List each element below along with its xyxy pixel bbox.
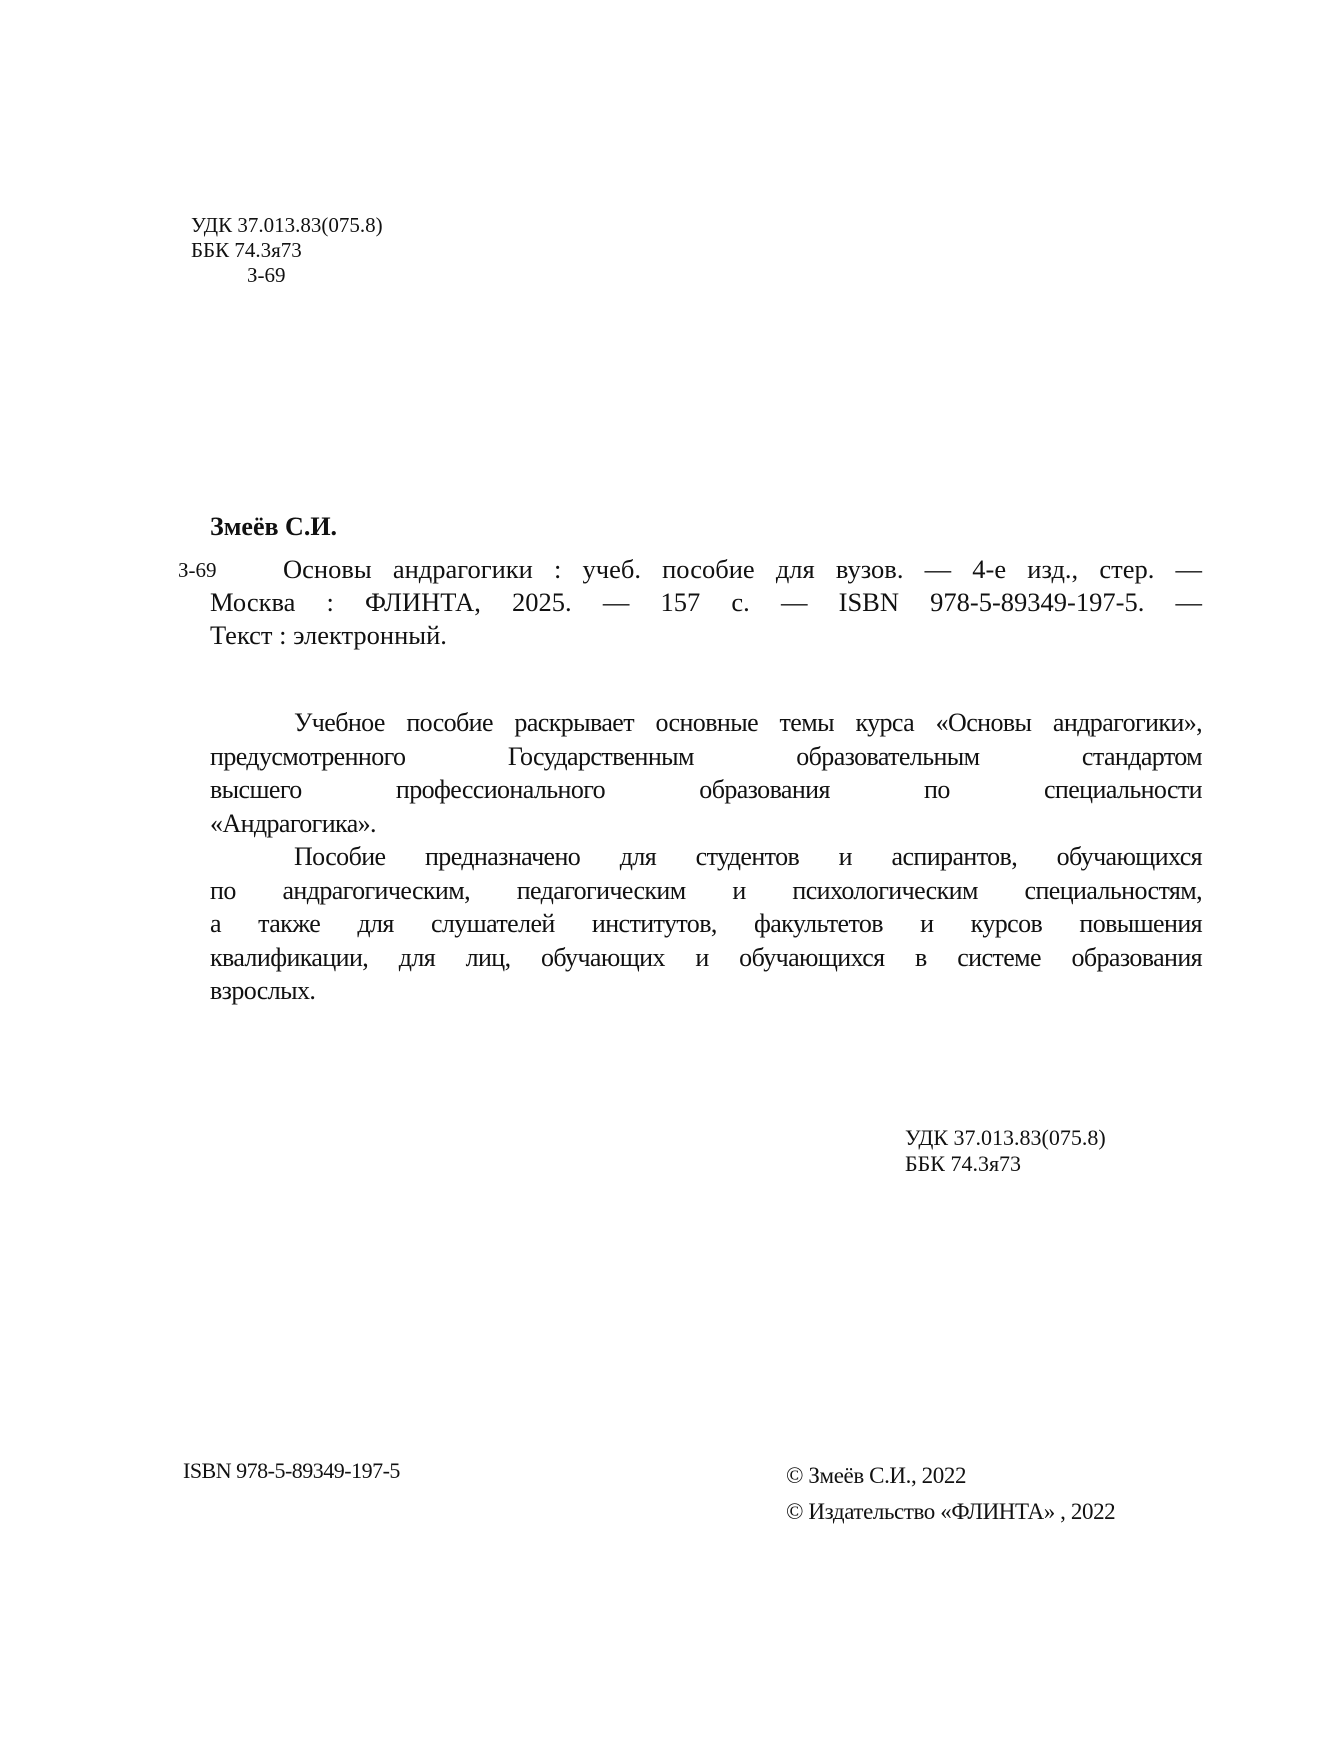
abstract: Учебное пособие раскрывает основные темы… — [210, 706, 1202, 1008]
abstract-line: «Андрагогика». — [210, 807, 1202, 841]
biblio-line: Основы андрагогики : учеб. пособие для в… — [210, 553, 1202, 586]
bibliographic-description: Основы андрагогики : учеб. пособие для в… — [210, 553, 1202, 652]
abstract-line: квалификации, для лиц, обучающих и обуча… — [210, 941, 1202, 975]
copyright-publisher: © Издательство «ФЛИНТА» , 2022 — [786, 1494, 1115, 1530]
biblio-line: Текст : электронный. — [210, 619, 1202, 652]
abstract-line: а также для слушателей институтов, факул… — [210, 907, 1202, 941]
author-mark: З-69 — [191, 263, 383, 288]
copyright-block: © Змеёв С.И., 2022 © Издательство «ФЛИНТ… — [786, 1458, 1115, 1530]
copyright-author: © Змеёв С.И., 2022 — [786, 1458, 1115, 1494]
udk-code: УДК 37.013.83(075.8) — [191, 213, 383, 238]
biblio-line: Москва : ФЛИНТА, 2025. — 157 с. — ISBN 9… — [210, 586, 1202, 619]
abstract-line: Пособие предназначено для студентов и ас… — [210, 840, 1202, 874]
isbn: ISBN 978-5-89349-197-5 — [183, 1458, 400, 1484]
author-name: Змеёв С.И. — [210, 512, 337, 542]
abstract-line: предусмотренного Государственным образов… — [210, 740, 1202, 774]
abstract-line: по андрагогическим, педагогическим и пси… — [210, 874, 1202, 908]
abstract-line: Учебное пособие раскрывает основные темы… — [210, 706, 1202, 740]
bbk-code: ББК 74.3я73 — [191, 238, 383, 263]
abstract-line: взрослых. — [210, 974, 1202, 1008]
header-classification-codes: УДК 37.013.83(075.8) ББК 74.3я73 З-69 — [191, 213, 383, 288]
footer-classification-codes: УДК 37.013.83(075.8) ББК 74.3я73 — [905, 1125, 1106, 1177]
udk-code: УДК 37.013.83(075.8) — [905, 1125, 1106, 1151]
bbk-code: ББК 74.3я73 — [905, 1151, 1106, 1177]
abstract-line: высшего профессионального образования по… — [210, 773, 1202, 807]
